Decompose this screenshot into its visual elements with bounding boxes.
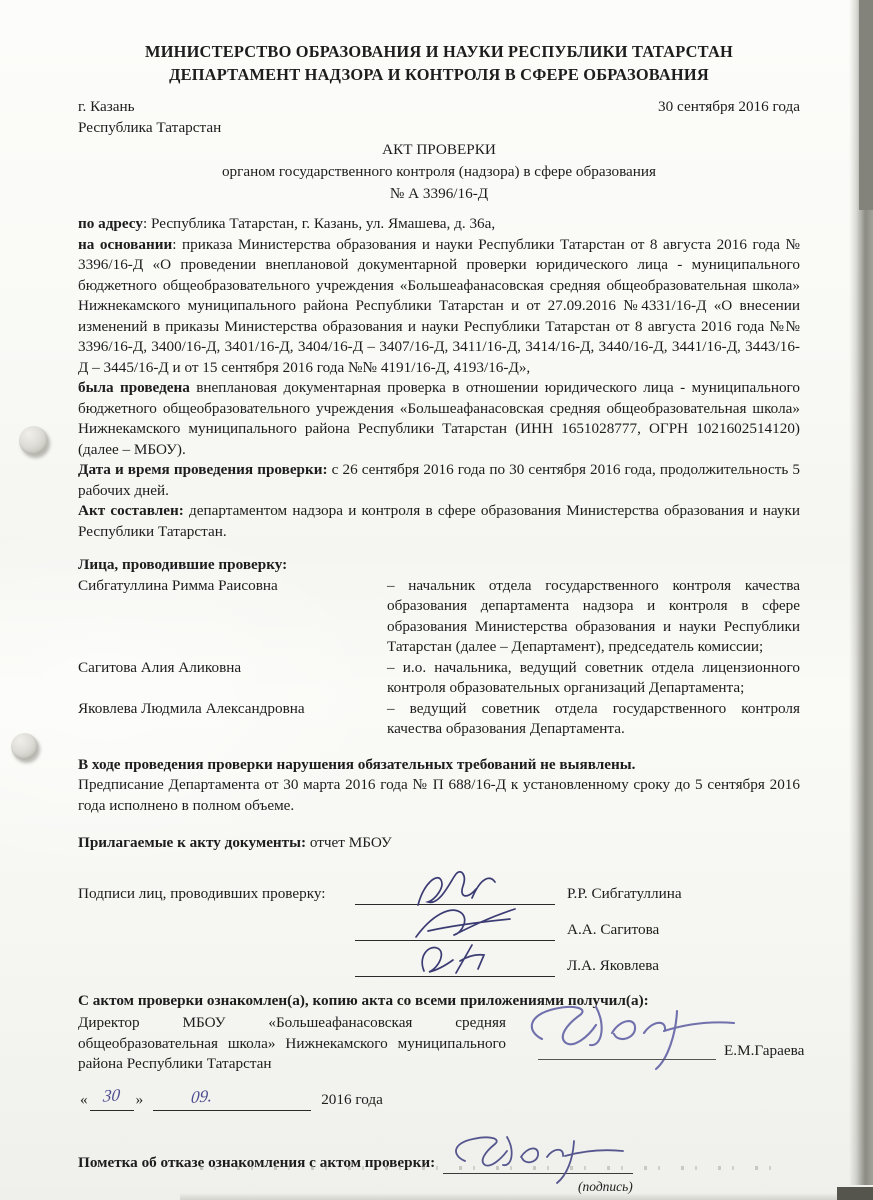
scanner-corner-shadow (837, 1187, 873, 1200)
hole-punch (11, 733, 38, 760)
scanner-bottom-shade (180, 1193, 837, 1200)
acknowledgment-section: С актом проверки ознакомлен(а), копию ак… (78, 991, 800, 1111)
inspector-name: Сагитова Алия Аликовна (78, 658, 387, 699)
document-title: АКТ ПРОВЕРКИ органом государственного ко… (78, 139, 800, 205)
title-number: № А 3396/16-Д (78, 183, 800, 205)
paragraph-composed-text: департаментом надзора и контроля в сфере… (78, 502, 800, 540)
quote-close: » (136, 1090, 144, 1111)
signature-refusal-image (443, 1131, 633, 1185)
paragraph-composed-label: Акт составлен: (78, 502, 184, 519)
attachments-line: Прилагаемые к акту документы: отчет МБОУ (78, 833, 800, 854)
handwritten-day: 30 (102, 1085, 121, 1107)
findings-section: В ходе проведения проверки нарушения обя… (78, 755, 800, 817)
paragraph-conducted-label: была проведена (78, 379, 190, 396)
findings-detail: Предписание Департамента от 30 марта 201… (78, 775, 800, 816)
signature-line (355, 904, 555, 941)
paragraph-datetime: Дата и время проведения проверки: с 26 с… (78, 460, 800, 501)
paragraph-basis: на основании: приказа Министерства образ… (78, 235, 800, 379)
paragraph-basis-text: : приказа Министерства образования и нау… (78, 236, 800, 376)
inspector-role: – ведущий советник отдела государственно… (387, 699, 800, 740)
signer-name: Л.А. Яковлева (567, 956, 659, 977)
department-name: ДЕПАРТАМЕНТ НАДЗОРА И КОНТРОЛЯ В СФЕРЕ О… (78, 63, 800, 86)
inspectors-table: Сибгатуллина Римма Раисовна – начальник … (78, 576, 800, 740)
month-fill-line: 09. (153, 1087, 311, 1111)
title-line: АКТ ПРОВЕРКИ (78, 139, 800, 161)
signature-row: А.А. Сагитова (78, 905, 800, 941)
findings-statement: В ходе проведения проверки нарушения обя… (78, 755, 800, 776)
signature-row: Л.А. Яковлева (78, 941, 800, 977)
signature-line (355, 940, 555, 977)
inspector-name: Сибгатуллина Римма Раисовна (78, 576, 387, 658)
paragraph-datetime-label: Дата и время проведения проверки: (78, 461, 328, 478)
letterhead: МИНИСТЕРСТВО ОБРАЗОВАНИЯ И НАУКИ РЕСПУБЛ… (78, 40, 800, 86)
inspectors-heading: Лица, проводившие проверку: (78, 555, 800, 576)
paragraph-address-label: по адресу (78, 215, 143, 232)
title-subline: органом государственного контроля (надзо… (78, 161, 800, 183)
attachments-text: отчет МБОУ (306, 834, 392, 851)
handwritten-month: 09. (190, 1085, 213, 1108)
scanner-edge-shadow-top (859, 0, 873, 210)
inspector-name: Яковлева Людмила Александровна (78, 699, 387, 740)
document-date: 30 сентября 2016 года (658, 97, 800, 118)
signature-line (355, 868, 555, 905)
signature-garaeva-image (514, 999, 749, 1077)
paragraph-address-text: : Республика Татарстан, г. Казань, ул. Я… (143, 215, 495, 232)
signature-yakovleva-image (410, 939, 490, 983)
acknowledgment-text: Директор МБОУ «Большеафанасовская средня… (78, 1013, 506, 1075)
ministry-name: МИНИСТЕРСТВО ОБРАЗОВАНИЯ И НАУКИ РЕСПУБЛ… (78, 40, 800, 63)
meta-row: г. Казань 30 сентября 2016 года (78, 97, 800, 118)
inspector-role: – начальник отдела государственного конт… (387, 576, 800, 658)
paragraph-conducted: была проведена внеплановая документарная… (78, 378, 800, 460)
signature-row: Подписи лиц, проводивших проверку: Р.Р. … (78, 869, 800, 905)
paragraph-basis-label: на основании (78, 236, 172, 253)
refusal-label: Пометка об отказе ознакомления с актом п… (78, 1153, 435, 1174)
document-body: по адресу: Республика Татарстан, г. Каза… (78, 214, 800, 542)
year-label: 2016 года (321, 1090, 383, 1111)
region: Республика Татарстан (78, 118, 800, 139)
attachments-label: Прилагаемые к акту документы: (78, 834, 306, 851)
quote-open: « (80, 1090, 88, 1111)
acknowledgment-signer-name: Е.М.Гараева (724, 1041, 804, 1062)
acknowledgment-signature-line (538, 1059, 716, 1060)
inspector-role: – и.о. начальника, ведущий советник отде… (387, 658, 800, 699)
paragraph-composed: Акт составлен: департаментом надзора и к… (78, 501, 800, 542)
paragraph-address: по адресу: Республика Татарстан, г. Каза… (78, 214, 800, 235)
city: г. Казань (78, 97, 135, 118)
hole-punch (19, 426, 48, 455)
refusal-signature-line (443, 1145, 633, 1174)
signer-name: А.А. Сагитова (567, 920, 659, 941)
signatures-caption: Подписи лиц, проводивших проверку: (78, 884, 355, 905)
acknowledgment-row: Директор МБОУ «Большеафанасовская средня… (78, 1013, 800, 1075)
document-page: МИНИСТЕРСТВО ОБРАЗОВАНИЯ И НАУКИ РЕСПУБЛ… (0, 0, 873, 1200)
day-fill-line: 30 (90, 1086, 134, 1111)
signer-name: Р.Р. Сибгатуллина (567, 884, 682, 905)
signatures-block: Подписи лиц, проводивших проверку: Р.Р. … (78, 869, 800, 977)
date-fill-row: « 30 » 09. 2016 года (78, 1087, 800, 1111)
acknowledgment-sign-area: Е.М.Гараева (506, 1013, 800, 1075)
